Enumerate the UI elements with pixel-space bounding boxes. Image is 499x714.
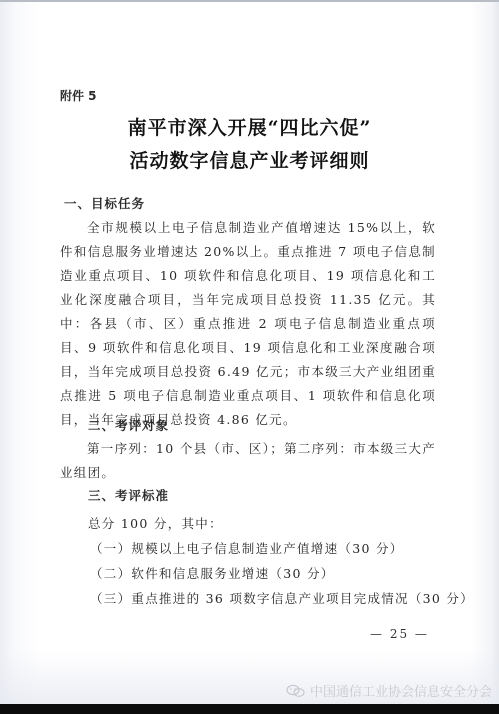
watermark: 中国通信工业协会信息安全分会 [286,681,492,700]
section-body-targets: 第一序列：10 个县（市、区）；第二序列：市本级三大产业组团。 [60,437,436,485]
document-title-line-1: 南平市深入开展“四比六促” [0,113,499,140]
standards-item: （三）重点推进的 36 项数字信息产业项目完成情况（30 分） [90,589,474,607]
standards-item: （一）规模以上电子信息制造业产值增速（30 分） [90,539,404,557]
background-edge [0,704,499,714]
standards-item: （二）软件和信息服务业增速（30 分） [90,564,335,582]
watermark-text: 中国通信工业协会信息安全分会 [310,681,492,700]
section-body-goals: 全市规模以上电子信息制造业产值增速达 15%以上，软件和信息服务业增速达 20%… [60,216,436,432]
section-heading-goals: 一、目标任务 [64,194,145,212]
document-page: 附件 5 南平市深入开展“四比六促” 活动数字信息产业考评细则 一、目标任务 全… [0,0,499,704]
attachment-label: 附件 5 [60,87,97,104]
page-top-edge [0,0,499,2]
page-number: — 25 — [370,627,429,641]
section-heading-targets: 二、考评对象 [88,416,169,434]
standards-intro: 总分 100 分，其中： [88,514,223,532]
section-heading-standards: 三、考评标准 [88,486,169,504]
document-title-line-2: 活动数字信息产业考评细则 [0,146,499,173]
wechat-icon [286,684,306,698]
